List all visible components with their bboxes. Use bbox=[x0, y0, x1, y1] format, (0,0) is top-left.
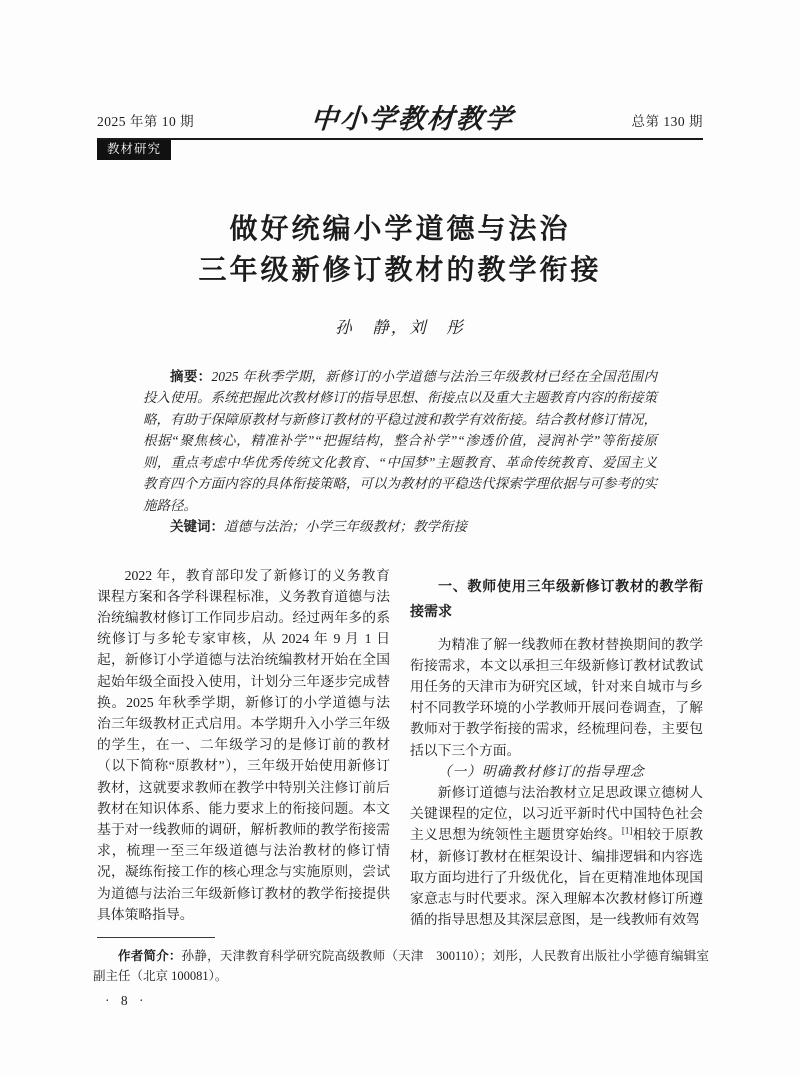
right-column: 一、教师使用三年级新修订教材的教学衔接需求 为精准了解一线教师在教材替换期间的教… bbox=[410, 565, 703, 931]
header-divider bbox=[97, 138, 703, 140]
abstract-label: 摘要： bbox=[170, 369, 212, 384]
keywords-label: 关键词： bbox=[170, 519, 224, 534]
journal-page: 2025 年第 10 期 中小学教材教学 总第 130 期 教材研究 做好统编小… bbox=[0, 0, 800, 1077]
keywords-paragraph: 关键词：道德与法治；小学三年级教材；教学衔接 bbox=[143, 516, 657, 538]
keywords-text: 道德与法治；小学三年级教材；教学衔接 bbox=[224, 519, 467, 534]
issue-number-right: 总第 130 期 bbox=[632, 110, 704, 133]
article-title-line1: 做好统编小学道德与法治 bbox=[229, 213, 570, 244]
article-title-line2: 三年级新修订教材的教学衔接 bbox=[198, 254, 601, 285]
left-column-paragraph: 2022 年，教育部印发了新修订的义务教育课程方案和各学科课程标准，义务教育道德… bbox=[97, 565, 390, 925]
article-title: 做好统编小学道德与法治 三年级新修订教材的教学衔接 bbox=[97, 208, 703, 290]
article-authors: 孙 静，刘 彤 bbox=[97, 314, 703, 338]
page-number: · 8 · bbox=[97, 993, 703, 1009]
right-column-paragraph-2: 新修订道德与法治教材立足思政课立德树人关键课程的定位，以习近平新时代中国特色社会… bbox=[410, 782, 703, 930]
section-tag: 教材研究 bbox=[97, 140, 171, 160]
abstract-block: 摘要：2025 年秋季学期，新修订的小学道德与法治三年级教材已经在全国范围内投入… bbox=[143, 366, 657, 538]
right-column-paragraph-1: 为精准了解一线教师在教材替换期间的教学衔接需求，本文以承担三年级新修订教材试教试… bbox=[410, 634, 703, 761]
section-heading-1: 一、教师使用三年级新修订教材的教学衔接需求 bbox=[410, 574, 703, 624]
page-header: 2025 年第 10 期 中小学教材教学 总第 130 期 bbox=[97, 106, 703, 133]
subsection-heading-1: （一）明确教材修订的指导理念 bbox=[410, 761, 703, 782]
abstract-text: 2025 年秋季学期，新修订的小学道德与法治三年级教材已经在全国范围内投入使用。… bbox=[143, 369, 657, 513]
author-bio: 作者简介：孙静，天津教育科学研究院高级教师（天津 300110）；刘彤，人民教育… bbox=[93, 947, 709, 986]
body-columns: 2022 年，教育部印发了新修订的义务教育课程方案和各学科课程标准，义务教育道德… bbox=[97, 565, 703, 931]
author-bio-label: 作者简介： bbox=[118, 949, 182, 963]
abstract-paragraph: 摘要：2025 年秋季学期，新修订的小学道德与法治三年级教材已经在全国范围内投入… bbox=[143, 366, 657, 517]
author-bio-text: 孙静，天津教育科学研究院高级教师（天津 300110）；刘彤，人民教育出版社小学… bbox=[93, 949, 709, 983]
left-column: 2022 年，教育部印发了新修订的义务教育课程方案和各学科课程标准，义务教育道德… bbox=[97, 565, 390, 931]
journal-logo: 中小学教材教学 bbox=[310, 106, 515, 133]
issue-number-left: 2025 年第 10 期 bbox=[97, 110, 194, 133]
reference-marker-1: [1] bbox=[622, 826, 633, 836]
footnote-divider bbox=[97, 937, 215, 938]
